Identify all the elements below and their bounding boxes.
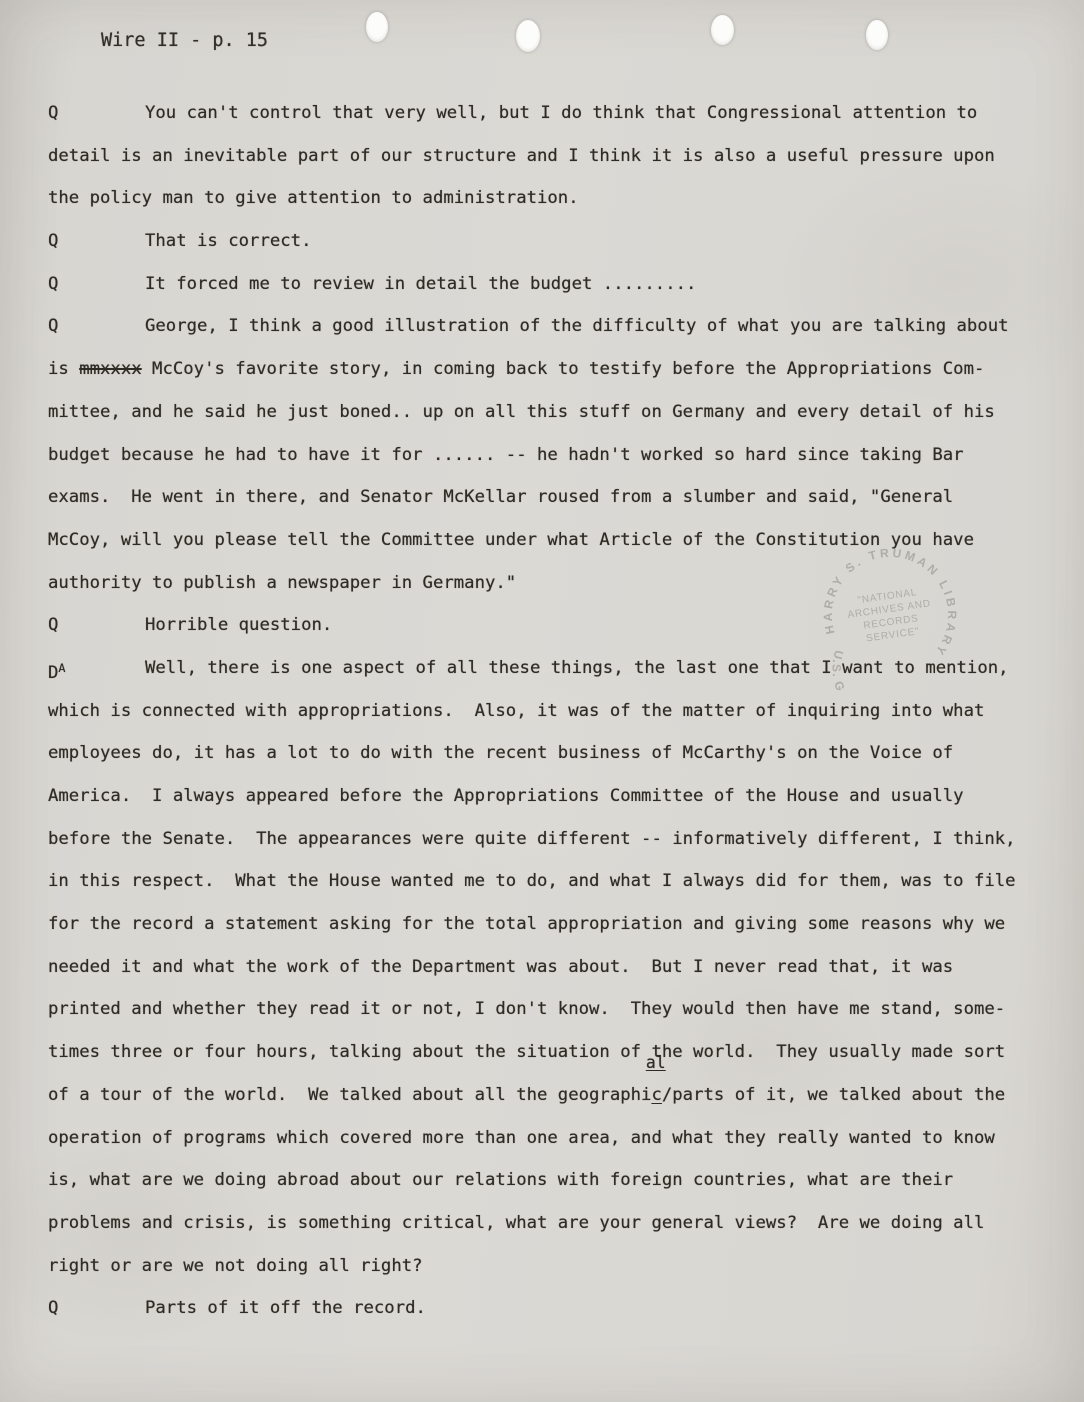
hole-punch [516, 20, 540, 52]
transcript-line: problems and crisis, is something critic… [48, 1202, 1070, 1245]
transcript-line: operation of programs which covered more… [48, 1117, 1070, 1160]
speaker-label: Q [48, 220, 58, 263]
line-text: Horrible question. [145, 615, 332, 635]
transcript-line: which is connected with appropriations. … [48, 690, 1070, 733]
speaker-label: Q [48, 604, 58, 647]
line-text: in this respect. What the House wanted m… [48, 871, 1016, 891]
transcript-line: needed it and what the work of the Depar… [48, 946, 1070, 989]
underlined-text: c [651, 1085, 661, 1105]
transcript: QYou can't control that very well, but I… [48, 92, 1070, 1330]
speaker-label: Q [48, 305, 58, 348]
hole-punch [866, 20, 888, 50]
line-text: before the Senate. The appearances were … [48, 829, 1016, 849]
line-text: is, what are we doing abroad about our r… [48, 1170, 953, 1190]
speaker-label: DA [48, 647, 65, 695]
line-text: You can't control that very well, but I … [145, 103, 977, 123]
transcript-line: for the record a statement asking for th… [48, 903, 1070, 946]
line-text: George, I think a good illustration of t… [145, 316, 1009, 336]
transcript-line: mittee, and he said he just boned.. up o… [48, 391, 1070, 434]
transcript-line: of a tour of the world. We talked about … [48, 1074, 1070, 1117]
transcript-line: is, what are we doing abroad about our r… [48, 1159, 1070, 1202]
line-text: detail is an inevitable part of our stru… [48, 146, 995, 166]
line-text: needed it and what the work of the Depar… [48, 957, 953, 977]
line-text: That is correct. [145, 231, 311, 251]
line-text: for the record a statement asking for th… [48, 914, 1005, 934]
transcript-line: America. I always appeared before the Ap… [48, 775, 1070, 818]
transcript-line: QThat is correct. [48, 220, 1070, 263]
transcript-line: the policy man to give attention to admi… [48, 177, 1070, 220]
transcript-line: employees do, it has a lot to do with th… [48, 732, 1070, 775]
hole-punch [366, 12, 388, 42]
line-text: budget because he had to have it for ...… [48, 445, 964, 465]
transcript-line: QIt forced me to review in detail the bu… [48, 263, 1070, 306]
transcript-line: printed and whether they read it or not,… [48, 988, 1070, 1031]
transcript-line: detail is an inevitable part of our stru… [48, 135, 1070, 178]
line-text: mittee, and he said he just boned.. up o… [48, 402, 995, 422]
line-text: operation of programs which covered more… [48, 1128, 995, 1148]
superscript: A [58, 661, 65, 675]
transcript-line: QHorrible question. [48, 604, 1070, 647]
line-text: employees do, it has a lot to do with th… [48, 743, 953, 763]
line-text: America. I always appeared before the Ap… [48, 786, 964, 806]
line-text: It forced me to review in detail the bud… [145, 274, 696, 294]
line-text: is mmxxxx McCoy's favorite story, in com… [48, 359, 984, 379]
transcript-line: before the Senate. The appearances were … [48, 818, 1070, 861]
line-text: right or are we not doing all right? [48, 1256, 423, 1276]
transcript-line: in this respect. What the House wanted m… [48, 860, 1070, 903]
line-text: problems and crisis, is something critic… [48, 1213, 984, 1233]
transcript-line: is mmxxxx McCoy's favorite story, in com… [48, 348, 1070, 391]
transcript-line: QYou can't control that very well, but I… [48, 92, 1070, 135]
transcript-line: authority to publish a newspaper in Germ… [48, 562, 1070, 605]
transcript-line: budget because he had to have it for ...… [48, 434, 1070, 477]
line-text: exams. He went in there, and Senator McK… [48, 487, 953, 507]
line-text: authority to publish a newspaper in Germ… [48, 573, 516, 593]
speaker-label: Q [48, 263, 58, 306]
speaker-label: Q [48, 92, 58, 135]
transcript-line: times three or four hours, talking about… [48, 1031, 1070, 1074]
transcript-line: QParts of it off the record. [48, 1287, 1070, 1330]
line-text: which is connected with appropriations. … [48, 701, 984, 721]
line-text: printed and whether they read it or not,… [48, 999, 1005, 1019]
struck-out-text: mmxxxx [79, 359, 141, 379]
line-text: McCoy, will you please tell the Committe… [48, 530, 974, 550]
line-text: the policy man to give attention to admi… [48, 188, 579, 208]
speaker-label: Q [48, 1287, 58, 1330]
transcript-line: DAWell, there is one aspect of all these… [48, 647, 1070, 690]
hole-punch [711, 15, 734, 45]
line-text: of a tour of the world. We talked about … [48, 1085, 1005, 1105]
page-header: Wire II - p. 15 [101, 30, 268, 51]
transcript-line: exams. He went in there, and Senator McK… [48, 476, 1070, 519]
line-text: Well, there is one aspect of all these t… [145, 658, 1009, 678]
transcript-line: right or are we not doing all right? [48, 1245, 1070, 1288]
transcript-line: QGeorge, I think a good illustration of … [48, 305, 1070, 348]
line-text: Parts of it off the record. [145, 1298, 426, 1318]
transcript-line: McCoy, will you please tell the Committe… [48, 519, 1070, 562]
line-text: times three or four hours, talking about… [48, 1042, 1005, 1062]
